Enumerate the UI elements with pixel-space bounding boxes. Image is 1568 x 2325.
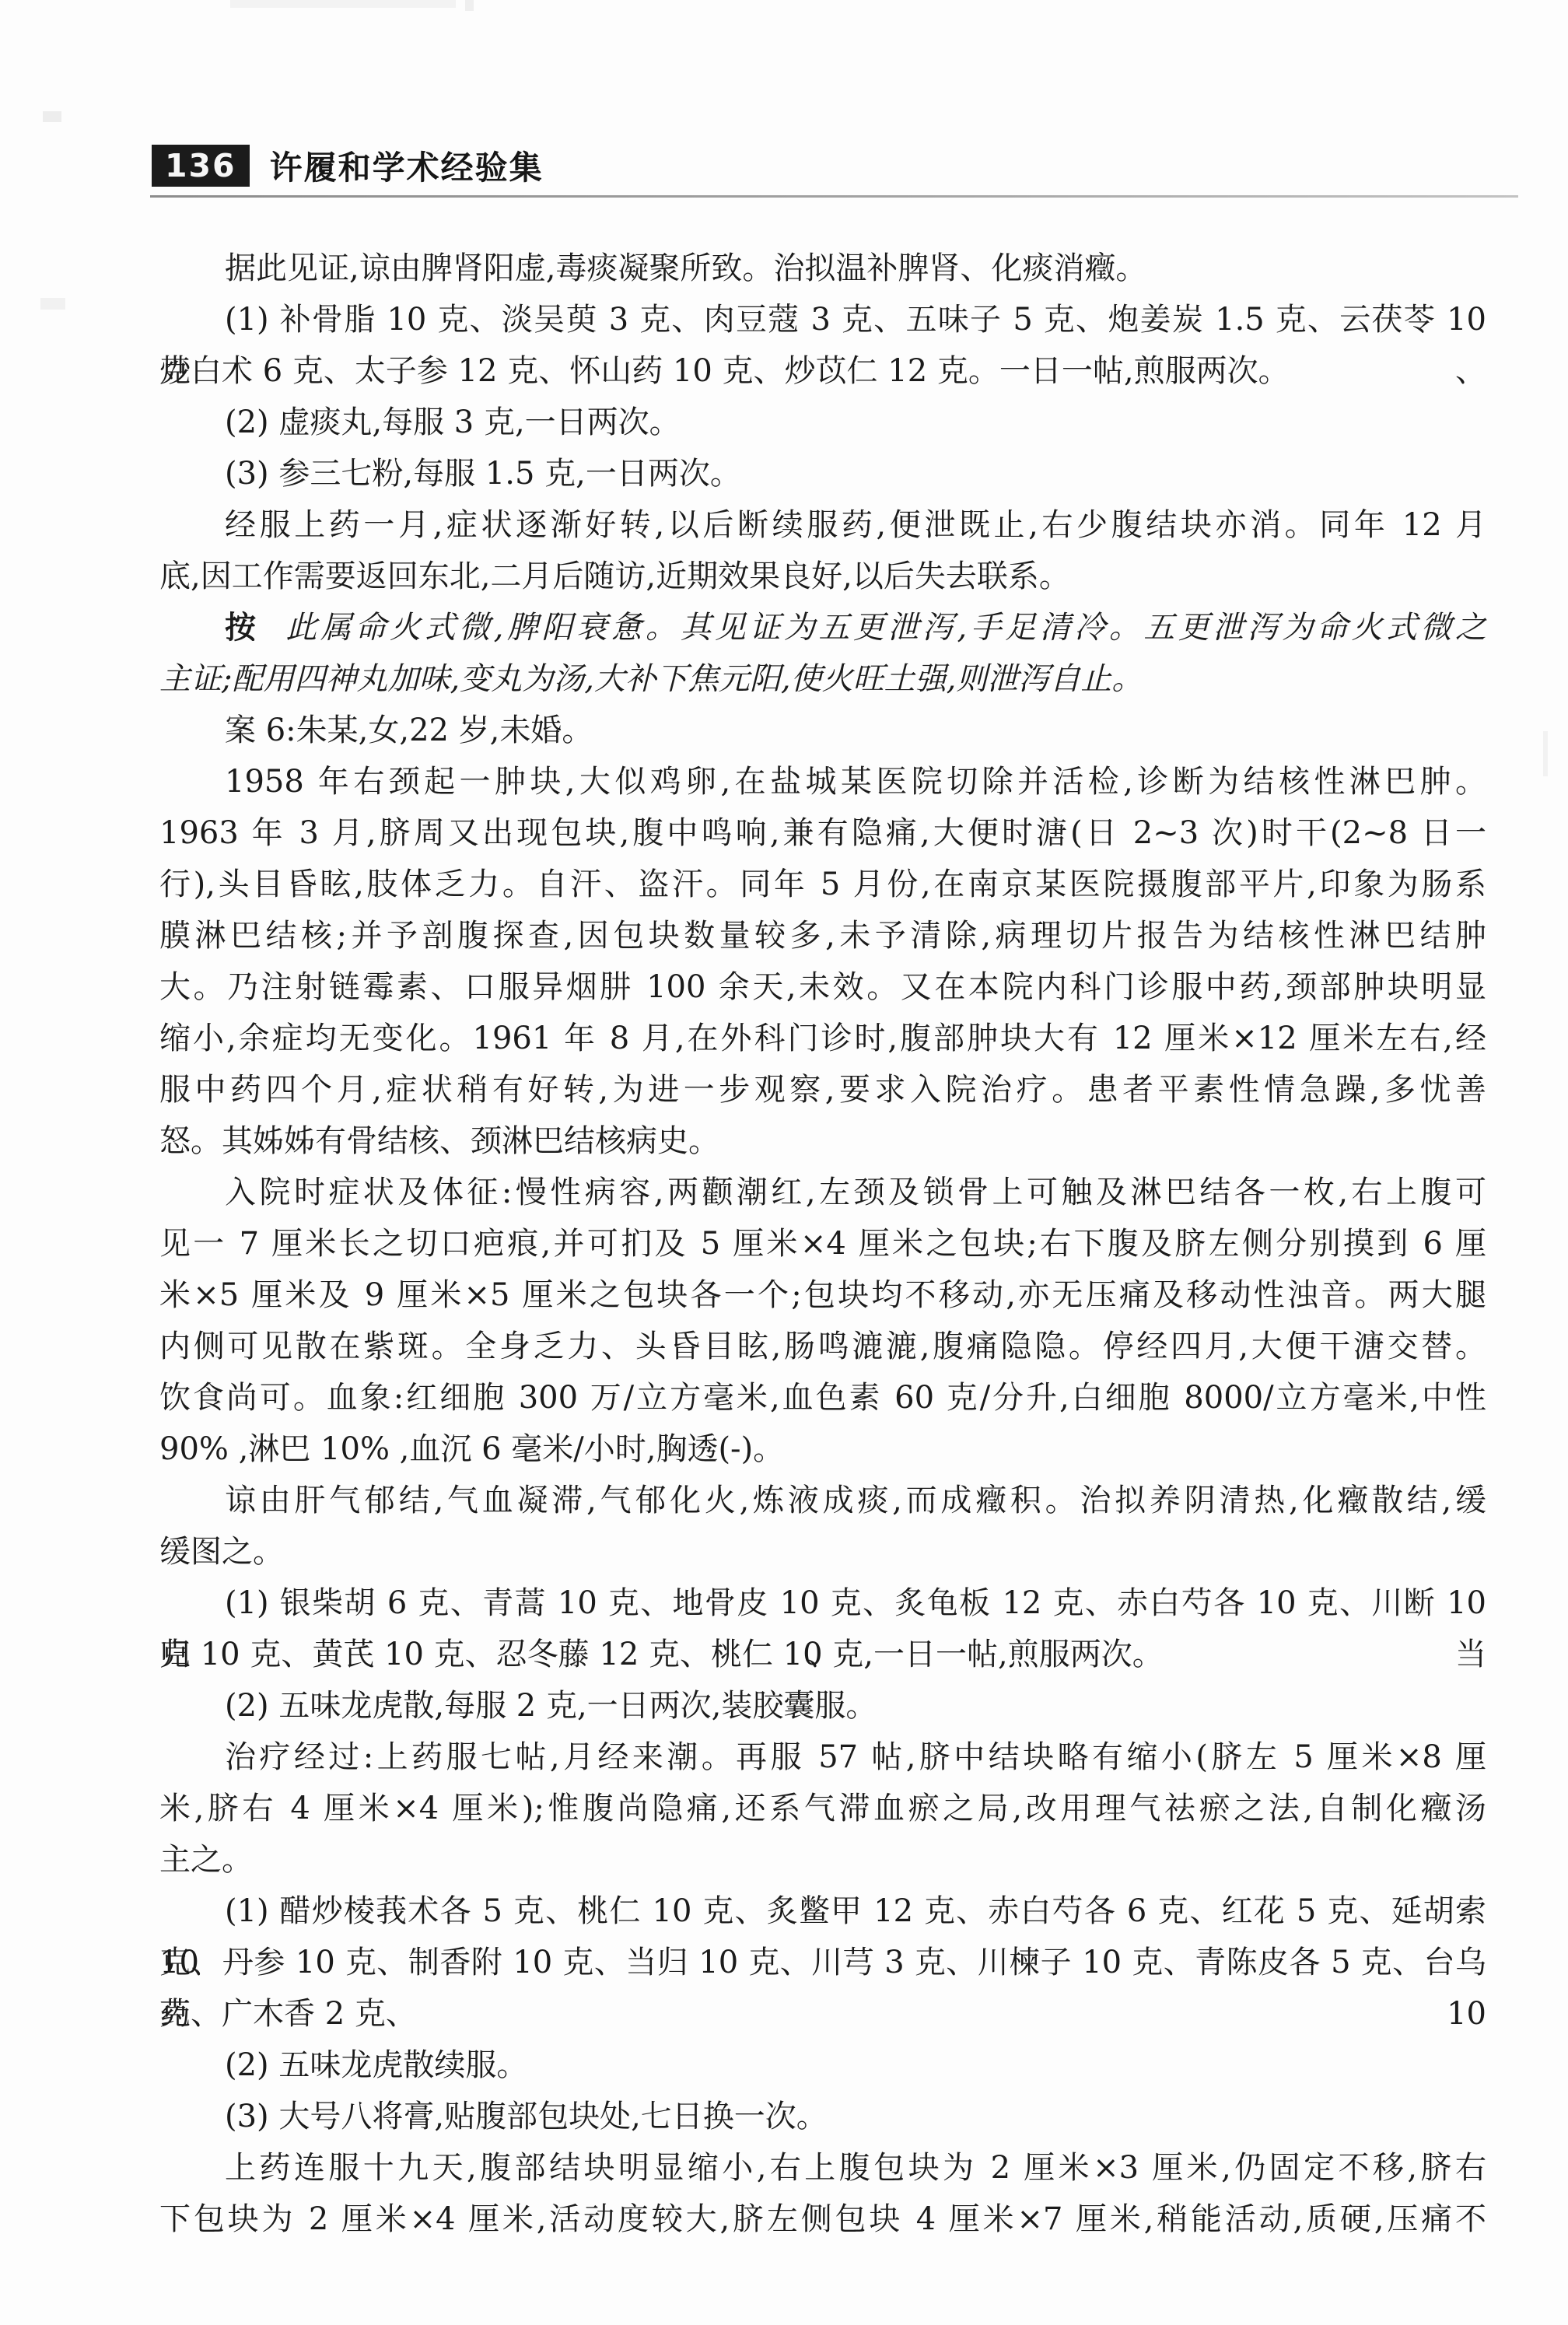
text-line: 下包块为 2 厘米×4 厘米,活动度较大,脐左侧包块 4 厘米×7 厘米,稍能活… (159, 2194, 1486, 2245)
text-line: 主证;配用四神丸加味,变丸为汤,大补下焦元阳,使火旺土强,则泄泻自止。 (159, 653, 1486, 705)
text-line: 炒白术 6 克、太子参 12 克、怀山药 10 克、炒苡仁 12 克。一日一帖,… (159, 345, 1486, 397)
text-line: 案 6:朱某,女,22 岁,未婚。 (159, 705, 1486, 756)
scan-smudge (1543, 731, 1548, 776)
page-number: 136 (152, 145, 250, 187)
text-line: (1) 醋炒棱莪术各 5 克、桃仁 10 克、炙鳖甲 12 克、赤白芍各 6 克… (159, 1886, 1486, 1937)
text-line: 缩小,余症均无变化。1961 年 8 月,在外科门诊时,腹部肿块大有 12 厘米… (159, 1013, 1486, 1064)
text-line: 1958 年右颈起一肿块,大似鸡卵,在盐城某医院切除并活检,诊断为结核性淋巴肿。 (159, 756, 1486, 807)
text-line: 大。乃注射链霉素、口服异烟肼 100 余天,未效。又在本院内科门诊服中药,颈部肿… (159, 961, 1486, 1013)
text-line: 入院时症状及体征:慢性病容,两颧潮红,左颈及锁骨上可触及淋巴结各一枚,右上腹可 (159, 1167, 1486, 1218)
text-line: 克、丹参 10 克、制香附 10 克、当归 10 克、川芎 3 克、川楝子 10… (159, 1937, 1486, 1988)
book-title: 许履和学术经验集 (270, 142, 544, 189)
text-line: (1) 银柴胡 6 克、青蒿 10 克、地骨皮 10 克、炙龟板 12 克、赤白… (159, 1577, 1486, 1629)
text-line: 据此见证,谅由脾肾阳虚,毒痰凝聚所致。治拟温补脾肾、化痰消癥。 (159, 243, 1486, 294)
text-line: 米×5 厘米及 9 厘米×5 厘米之包块各一个;包块均不移动,亦无压痛及移动性浊… (159, 1269, 1486, 1321)
text-line: 饮食尚可。血象:红细胞 300 万/立方毫米,血色素 60 克/分升,白细胞 8… (159, 1372, 1486, 1423)
text-line: 米,脐右 4 厘米×4 厘米);惟腹尚隐痛,还系气滞血瘀之局,改用理气祛瘀之法,… (159, 1783, 1486, 1834)
text-line: (2) 五味龙虎散,每服 2 克,一日两次,装胶囊服。 (159, 1680, 1486, 1731)
book-page: 136 许履和学术经验集 据此见证,谅由脾肾阳虚,毒痰凝聚所致。治拟温补脾肾、化… (0, 0, 1568, 2325)
text-line: 90% ,淋巴 10% ,血沉 6 毫米/小时,胸透(-)。 (159, 1423, 1486, 1475)
running-head: 136 许履和学术经验集 (152, 142, 544, 189)
text-line: 怒。其姊姊有骨结核、颈淋巴结核病史。 (159, 1115, 1486, 1167)
text-line: 按此属命火式微,脾阳衰惫。其见证为五更泄泻,手足清冷。五更泄泻为命火式微之 (159, 602, 1486, 653)
text-line: (2) 五味龙虎散续服。 (159, 2040, 1486, 2091)
text-column: 据此见证,谅由脾肾阳虚,毒痰凝聚所致。治拟温补脾肾、化痰消癥。(1) 补骨脂 1… (159, 243, 1486, 2245)
annotation-lead-label: 按 (225, 609, 260, 646)
text-line: (1) 补骨脂 10 克、淡吴萸 3 克、肉豆蔻 3 克、五味子 5 克、炮姜炭… (159, 294, 1486, 345)
text-line: 缓图之。 (159, 1526, 1486, 1577)
text-line: 1963 年 3 月,脐周又出现包块,腹中鸣响,兼有隐痛,大便时溏(日 2~3 … (159, 807, 1486, 859)
text-line: 内侧可见散在紫斑。全身乏力、头昏目眩,肠鸣漉漉,腹痛隐隐。停经四月,大便干溏交替… (159, 1321, 1486, 1372)
text-line: (2) 虚痰丸,每服 3 克,一日两次。 (159, 397, 1486, 448)
text-line: 行),头目昏眩,肢体乏力。自汗、盗汗。同年 5 月份,在南京某医院摄腹部平片,印… (159, 859, 1486, 910)
text-line: 膜淋巴结核;并予剖腹探查,因包块数量较多,未予清除,病理切片报告为结核性淋巴结肿 (159, 910, 1486, 961)
text-line: 谅由肝气郁结,气血凝滞,气郁化火,炼液成痰,而成癥积。治拟养阴清热,化癥散结,缓 (159, 1475, 1486, 1526)
text-line: 服中药四个月,症状稍有好转,为进一步观察,要求入院治疗。患者平素性情急躁,多忧善 (159, 1064, 1486, 1115)
text-line: 主之。 (159, 1834, 1486, 1886)
scan-smudge (230, 0, 456, 8)
text-line: 底,因工作需要返回东北,二月后随访,近期效果良好,以后失去联系。 (159, 551, 1486, 602)
scan-smudge (40, 298, 65, 310)
scan-smudge (43, 111, 61, 122)
text-line: (3) 参三七粉,每服 1.5 克,一日两次。 (159, 448, 1486, 499)
text-line: 经服上药一月,症状逐渐好转,以后断续服药,便泄既止,右少腹结块亦消。同年 12 … (159, 499, 1486, 551)
text-line: 上药连服十九天,腹部结块明显缩小,右上腹包块为 2 厘米×3 厘米,仍固定不移,… (159, 2142, 1486, 2194)
text-line: 治疗经过:上药服七帖,月经来潮。再服 57 帖,脐中结块略有缩小(脐左 5 厘米… (159, 1731, 1486, 1783)
header-rule (150, 195, 1518, 198)
text-line: (3) 大号八将膏,贴腹部包块处,七日换一次。 (159, 2091, 1486, 2142)
text-line: 见一 7 厘米长之切口疤痕,并可扪及 5 厘米×4 厘米之包块;右下腹及脐左侧分… (159, 1218, 1486, 1269)
scan-smudge (465, 0, 474, 11)
